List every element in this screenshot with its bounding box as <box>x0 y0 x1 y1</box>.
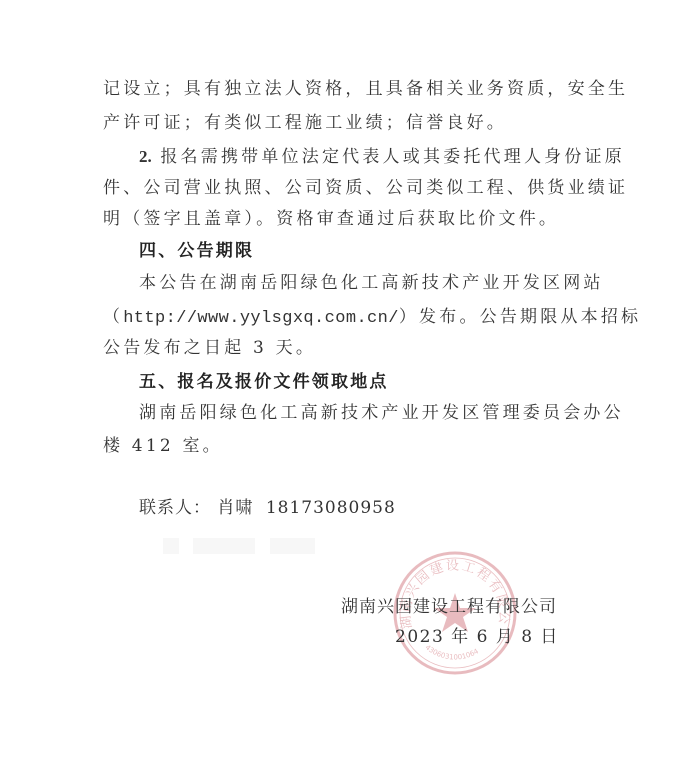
paragraph-text: ）发布。公告期限从本招标 <box>399 307 641 327</box>
faint-artifact <box>193 538 255 554</box>
contact-name: 肖啸 <box>217 498 253 518</box>
contact-label: 联系人： <box>139 498 211 518</box>
paragraph-line: （http://www.yylsgxq.com.cn/）发布。公告期限从本招标 <box>103 306 583 330</box>
document-page: 记设立；具有独立法人资格，且具备相关业务资质，安全生 产许可证；有类似工程施工业… <box>0 0 677 761</box>
paragraph-line: 湖南岳阳绿色化工高新技术产业开发区管理委员会办公 <box>139 402 619 424</box>
paragraph-line: 件、公司营业执照、公司资质、公司类似工程、供货业绩证 <box>103 177 583 199</box>
signature-company: 湖南兴园建设工程有限公司 <box>341 596 557 618</box>
faint-artifact <box>163 538 179 554</box>
website-link[interactable]: http://www.yylsgxq.com.cn/ <box>123 309 399 328</box>
paragraph-line: 公告发布之日起 3 天。 <box>103 337 583 359</box>
paragraph-line: 本公告在湖南岳阳绿色化工高新技术产业开发区网站 <box>139 272 619 294</box>
paragraph-line: 产许可证；有类似工程施工业绩；信誉良好。 <box>103 112 583 134</box>
list-number: 2. <box>139 147 152 166</box>
numbered-paragraph-line: 2. 报名需携带单位法定代表人或其委托代理人身份证原 <box>139 146 619 168</box>
paragraph-line: 楼 412 室。 <box>103 435 583 457</box>
section-heading-5: 五、报名及报价文件领取地点 <box>139 371 619 393</box>
paragraph-line: 记设立；具有独立法人资格，且具备相关业务资质，安全生 <box>103 78 583 100</box>
faint-artifact <box>270 538 315 554</box>
paren-open: （ <box>103 307 123 327</box>
contact-line: 联系人： 肖啸 18173080958 <box>139 497 619 519</box>
section-heading-4: 四、公告期限 <box>139 240 619 262</box>
signature-date: 2023 年 6 月 8 日 <box>395 626 559 648</box>
paragraph-text: 报名需携带单位法定代表人或其委托代理人身份证原 <box>160 147 625 167</box>
contact-phone: 18173080958 <box>266 498 396 518</box>
paragraph-line: 明（签字且盖章）。资格审查通过后获取比价文件。 <box>103 208 583 230</box>
